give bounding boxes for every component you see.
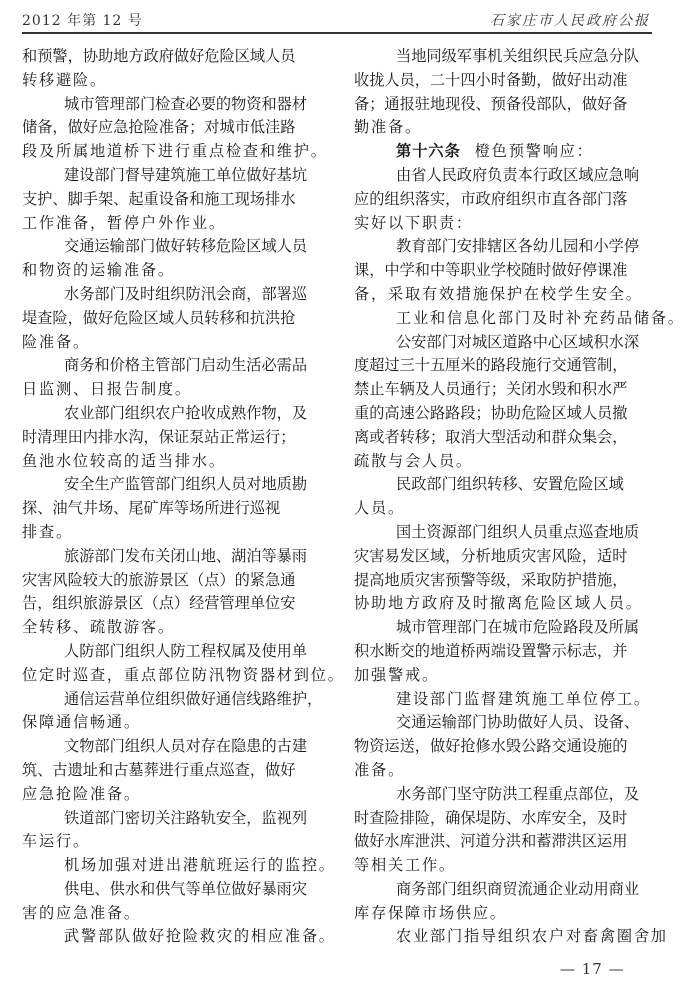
- paragraph: 城市管理部门检查必要的物资和器材储备，做好应急抢险准备；对城市低洼路段及所属地道…: [22, 93, 320, 164]
- text-line: 工作准备，暂停户外作业。: [22, 212, 320, 236]
- text-line: 农业部门指导组织农户对畜禽圈舍加: [354, 925, 652, 949]
- text-line: 库存保障市场供应。: [354, 902, 652, 926]
- text-line: 工业和信息化部门及时补充药品储备。: [354, 307, 652, 331]
- paragraph: 民政部门组织转移、安置危险区域人员。: [354, 473, 652, 521]
- text-line: 勤准备。: [354, 116, 652, 140]
- text-line: 第十六条橙色预警响应：: [354, 140, 652, 164]
- article-title: 橙色预警响应：: [475, 142, 594, 160]
- paragraph: 人防部门组织人防工程权属及使用单位定时巡查，重点部位防汛物资器材到位。: [22, 640, 320, 688]
- text-line: 段及所属地道桥下进行重点检查和维护。: [22, 140, 320, 164]
- text-line: 害的应急准备。: [22, 902, 320, 926]
- text-line: 人防部门组织人防工程权属及使用单: [22, 640, 320, 664]
- text-line: 应急抢险准备。: [22, 783, 320, 807]
- text-line: 灾害风险较大的旅游景区（点）的紧急通: [22, 569, 320, 593]
- text-line: 城市管理部门检查必要的物资和器材: [22, 93, 320, 117]
- text-line: 教育部门安排辖区各幼儿园和小学停: [354, 235, 652, 259]
- text-line: 水务部门及时组织防汛会商，部署巡: [22, 283, 320, 307]
- text-line: 离或者转移；取消大型活动和群众集会，: [354, 426, 652, 450]
- text-line: 提高地质灾害预警等级，采取防护措施，: [354, 569, 652, 593]
- text-line: 收拢人员，二十四小时备勤，做好出动准: [354, 69, 652, 93]
- paragraph: 公安部门对城区道路中心区域积水深度超过三十五厘米的路段施行交通管制，禁止车辆及人…: [354, 331, 652, 474]
- text-line: 由省人民政府负责本行政区域应急响: [354, 164, 652, 188]
- paragraph: 商务和价格主管部门启动生活必需品日监测、日报告制度。: [22, 354, 320, 402]
- text-line: 鱼池水位较高的适当排水。: [22, 450, 320, 474]
- paragraph: 武警部队做好抢险救灾的相应准备。: [22, 925, 320, 949]
- text-line: 疏散与会人员。: [354, 450, 652, 474]
- text-line: 课，中学和中等职业学校随时做好停课准: [354, 259, 652, 283]
- paragraph: 交通运输部门协助做好人员、设备、物资运送，做好抢修水毁公路交通设施的准备。: [354, 711, 652, 782]
- text-line: 旅游部门发布关闭山地、湖泊等暴雨: [22, 545, 320, 569]
- text-line: 车运行。: [22, 830, 320, 854]
- text-line: 储备，做好应急抢险准备；对城市低洼路: [22, 116, 320, 140]
- text-line: 告，组织旅游景区（点）经营管理单位安: [22, 592, 320, 616]
- text-line: 做好水库泄洪、河道分洪和蓄滞洪区运用: [354, 830, 652, 854]
- text-line: 农业部门组织农户抢收成熟作物，及: [22, 402, 320, 426]
- paragraph: 当地同级军事机关组织民兵应急分队收拢人员，二十四小时备勤，做好出动准备；通报驻地…: [354, 45, 652, 140]
- text-line: 和预警，协助地方政府做好危险区域人员: [22, 45, 320, 69]
- text-line: 备；通报驻地现役、预备役部队，做好备: [354, 93, 652, 117]
- text-line: 公安部门对城区道路中心区域积水深: [354, 331, 652, 355]
- paragraph: 商务部门组织商贸流通企业动用商业库存保障市场供应。: [354, 878, 652, 926]
- publication-title: 石家庄市人民政府公报: [490, 10, 650, 30]
- text-line: 交通运输部门协助做好人员、设备、: [354, 711, 652, 735]
- text-line: 当地同级军事机关组织民兵应急分队: [354, 45, 652, 69]
- text-line: 时清理田内排水沟，保证泵站正常运行；: [22, 426, 320, 450]
- text-line: 协助地方政府及时撤离危险区域人员。: [354, 592, 652, 616]
- paragraph: 文物部门组织人员对存在隐患的古建筑、古遗址和古墓葬进行重点巡查，做好应急抢险准备…: [22, 735, 320, 806]
- text-line: 加强警戒。: [354, 664, 652, 688]
- paragraph: 安全生产监管部门组织人员对地质勘探、油气井场、尾矿库等场所进行巡视排查。: [22, 473, 320, 544]
- right-column: 当地同级军事机关组织民兵应急分队收拢人员，二十四小时备勤，做好出动准备；通报驻地…: [354, 45, 652, 949]
- paragraph: 建设部门监督建筑施工单位停工。: [354, 688, 652, 712]
- article-heading: 第十六条橙色预警响应：: [354, 140, 652, 164]
- paragraph: 教育部门安排辖区各幼儿园和小学停课，中学和中等职业学校随时做好停课准备，采取有效…: [354, 235, 652, 306]
- paragraph: 国土资源部门组织人员重点巡查地质灾害易发区域，分析地质灾害风险，适时提高地质灾害…: [354, 521, 652, 616]
- text-line: 建设部门监督建筑施工单位停工。: [354, 688, 652, 712]
- text-line: 物资运送，做好抢修水毁公路交通设施的: [354, 735, 652, 759]
- text-line: 堤查险，做好危险区域人员转移和抗洪抢: [22, 307, 320, 331]
- text-line: 文物部门组织人员对存在隐患的古建: [22, 735, 320, 759]
- text-line: 人员。: [354, 497, 652, 521]
- text-line: 铁道部门密切关注路轨安全，监视列: [22, 807, 320, 831]
- text-line: 国土资源部门组织人员重点巡查地质: [354, 521, 652, 545]
- text-line: 实好以下职责：: [354, 212, 652, 236]
- text-line: 积水断交的地道桥两端设置警示标志，并: [354, 640, 652, 664]
- paragraph: 和预警，协助地方政府做好危险区域人员转移避险。: [22, 45, 320, 93]
- text-line: 度超过三十五厘米的路段施行交通管制，: [354, 354, 652, 378]
- text-line: 排查。: [22, 521, 320, 545]
- text-line: 筑、古遗址和古墓葬进行重点巡查，做好: [22, 759, 320, 783]
- paragraph: 旅游部门发布关闭山地、湖泊等暴雨灾害风险较大的旅游景区（点）的紧急通告，组织旅游…: [22, 545, 320, 640]
- paragraph: 农业部门组织农户抢收成熟作物，及时清理田内排水沟，保证泵站正常运行；鱼池水位较高…: [22, 402, 320, 473]
- page-number: — 17 —: [560, 960, 625, 978]
- text-line: 商务和价格主管部门启动生活必需品: [22, 354, 320, 378]
- text-line: 禁止车辆及人员通行；关闭水毁和积水严: [354, 378, 652, 402]
- text-line: 准备。: [354, 759, 652, 783]
- paragraph: 铁道部门密切关注路轨安全，监视列车运行。: [22, 807, 320, 855]
- text-line: 交通运输部门做好转移危险区域人员: [22, 235, 320, 259]
- left-column: 和预警，协助地方政府做好危险区域人员转移避险。城市管理部门检查必要的物资和器材储…: [22, 45, 320, 949]
- text-line: 城市管理部门在城市危险路段及所属: [354, 616, 652, 640]
- paragraph: 由省人民政府负责本行政区域应急响应的组织落实，市政府组织市直各部门落实好以下职责…: [354, 164, 652, 235]
- article-number: 第十六条: [396, 142, 461, 160]
- text-line: 商务部门组织商贸流通企业动用商业: [354, 878, 652, 902]
- paragraph: 工业和信息化部门及时补充药品储备。: [354, 307, 652, 331]
- paragraph: 机场加强对进出港航班运行的监控。: [22, 854, 320, 878]
- text-line: 险准备。: [22, 331, 320, 355]
- text-line: 通信运营单位组织做好通信线路维护，: [22, 688, 320, 712]
- text-line: 安全生产监管部门组织人员对地质勘: [22, 473, 320, 497]
- paragraph: 农业部门指导组织农户对畜禽圈舍加: [354, 925, 652, 949]
- paragraph: 供电、供水和供气等单位做好暴雨灾害的应急准备。: [22, 878, 320, 926]
- text-line: 应的组织落实，市政府组织市直各部门落: [354, 188, 652, 212]
- text-line: 支护、脚手架、起重设备和施工现场排水: [22, 188, 320, 212]
- paragraph: 水务部门坚守防洪工程重点部位，及时查险排险，确保堤防、水库安全，及时做好水库泄洪…: [354, 783, 652, 878]
- text-line: 探、油气井场、尾矿库等场所进行巡视: [22, 497, 320, 521]
- paragraph: 通信运营单位组织做好通信线路维护，保障通信畅通。: [22, 688, 320, 736]
- text-line: 水务部门坚守防洪工程重点部位，及: [354, 783, 652, 807]
- text-line: 建设部门督导建筑施工单位做好基坑: [22, 164, 320, 188]
- text-line: 和物资的运输准备。: [22, 259, 320, 283]
- text-line: 重的高速公路路段；协助危险区域人员撤: [354, 402, 652, 426]
- text-line: 备，采取有效措施保护在校学生安全。: [354, 283, 652, 307]
- text-line: 供电、供水和供气等单位做好暴雨灾: [22, 878, 320, 902]
- paragraph: 建设部门督导建筑施工单位做好基坑支护、脚手架、起重设备和施工现场排水工作准备，暂…: [22, 164, 320, 235]
- text-line: 机场加强对进出港航班运行的监控。: [22, 854, 320, 878]
- paragraph: 交通运输部门做好转移危险区域人员和物资的运输准备。: [22, 235, 320, 283]
- text-line: 位定时巡查，重点部位防汛物资器材到位。: [22, 664, 320, 688]
- text-line: 保障通信畅通。: [22, 711, 320, 735]
- text-line: 全转移、疏散游客。: [22, 616, 320, 640]
- text-line: 等相关工作。: [354, 854, 652, 878]
- running-header: 2012 年第 12 号 石家庄市人民政府公报: [22, 6, 652, 34]
- text-line: 灾害易发区域，分析地质灾害风险，适时: [354, 545, 652, 569]
- paragraph: 水务部门及时组织防汛会商，部署巡堤查险，做好危险区域人员转移和抗洪抢险准备。: [22, 283, 320, 354]
- text-line: 转移避险。: [22, 69, 320, 93]
- paragraph: 城市管理部门在城市危险路段及所属积水断交的地道桥两端设置警示标志，并加强警戒。: [354, 616, 652, 687]
- text-line: 时查险排险，确保堤防、水库安全，及时: [354, 807, 652, 831]
- text-line: 武警部队做好抢险救灾的相应准备。: [22, 925, 320, 949]
- issue-label: 2012 年第 12 号: [22, 10, 143, 30]
- text-line: 日监测、日报告制度。: [22, 378, 320, 402]
- text-line: 民政部门组织转移、安置危险区域: [354, 473, 652, 497]
